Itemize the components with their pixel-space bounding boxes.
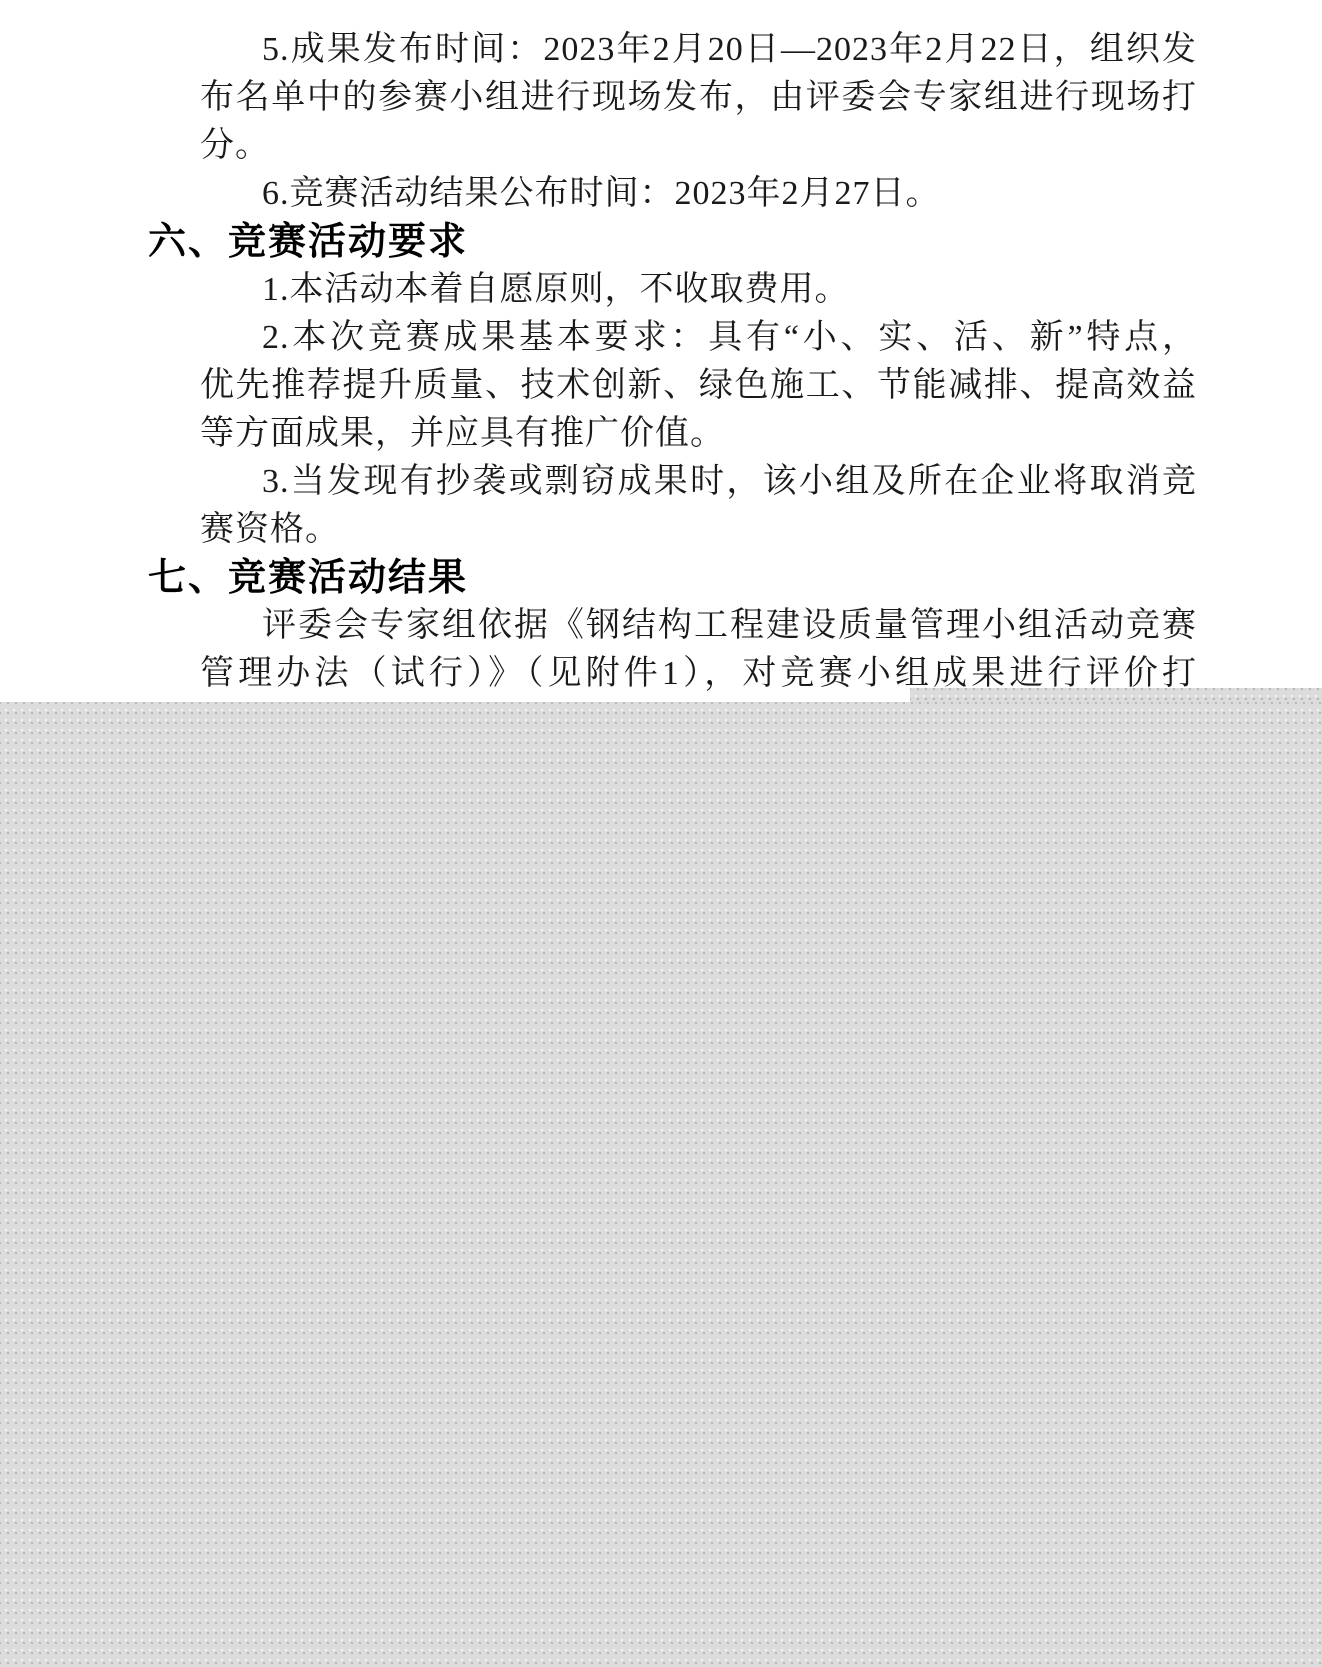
text-line: 3.当发现有抄袭或剽窃成果时，该小组及所在企业将取消竞 <box>0 458 1322 506</box>
text-line: 赛资格。 <box>0 506 1322 554</box>
text-line: 分。 <box>0 122 1322 170</box>
text-line: 七、竞赛活动结果 <box>0 554 1322 602</box>
document-page: 5.成果发布时间：2023年2月20日—2023年2月22日，组织发布名单中的参… <box>0 0 1322 1667</box>
text-line: 2.本次竞赛成果基本要求：具有“小、实、活、新”特点， <box>0 314 1322 362</box>
document-text: 5.成果发布时间：2023年2月20日—2023年2月22日，组织发布名单中的参… <box>0 26 1322 698</box>
unrendered-region <box>0 702 1322 1667</box>
text-line: 6.竞赛活动结果公布时间：2023年2月27日。 <box>0 170 1322 218</box>
text-line: 评委会专家组依据《钢结构工程建设质量管理小组活动竞赛 <box>0 602 1322 650</box>
text-line: 优先推荐提升质量、技术创新、绿色施工、节能减排、提高效益 <box>0 362 1322 410</box>
text-line: 等方面成果，并应具有推广价值。 <box>0 410 1322 458</box>
unrendered-region-step <box>910 688 1322 702</box>
text-line: 布名单中的参赛小组进行现场发布，由评委会专家组进行现场打 <box>0 74 1322 122</box>
text-line: 5.成果发布时间：2023年2月20日—2023年2月22日，组织发 <box>0 26 1322 74</box>
text-line: 1.本活动本着自愿原则，不收取费用。 <box>0 266 1322 314</box>
text-line: 六、竞赛活动要求 <box>0 218 1322 266</box>
